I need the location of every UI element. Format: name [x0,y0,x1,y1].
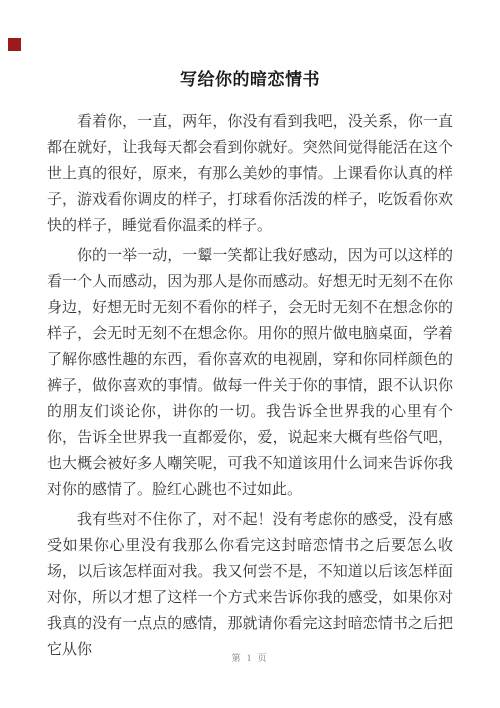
paragraph: 看着你，一直，两年，你没有看到我吧，没关系，你一直都在就好，让我每天都会看到你就… [47,109,453,239]
document-title: 写给你的暗恋情书 [0,68,500,92]
document-page: 写给你的暗恋情书 看着你，一直，两年，你没有看到我吧，没关系，你一直都在就好，让… [0,0,500,708]
document-body: 看着你，一直，两年，你没有看到我吧，没关系，你一直都在就好，让我每天都会看到你就… [47,109,453,667]
page-number: 第 1 页 [0,651,500,664]
red-corner-mark [8,38,21,51]
paragraph: 我有些对不住你了，对不起！没有考虑你的感受，没有感受如果你心里没有我那么你看完这… [47,507,453,663]
paragraph: 你的一举一动，一颦一笑都让我好感动，因为可以这样的看一个人而感动，因为那人是你而… [47,243,453,503]
